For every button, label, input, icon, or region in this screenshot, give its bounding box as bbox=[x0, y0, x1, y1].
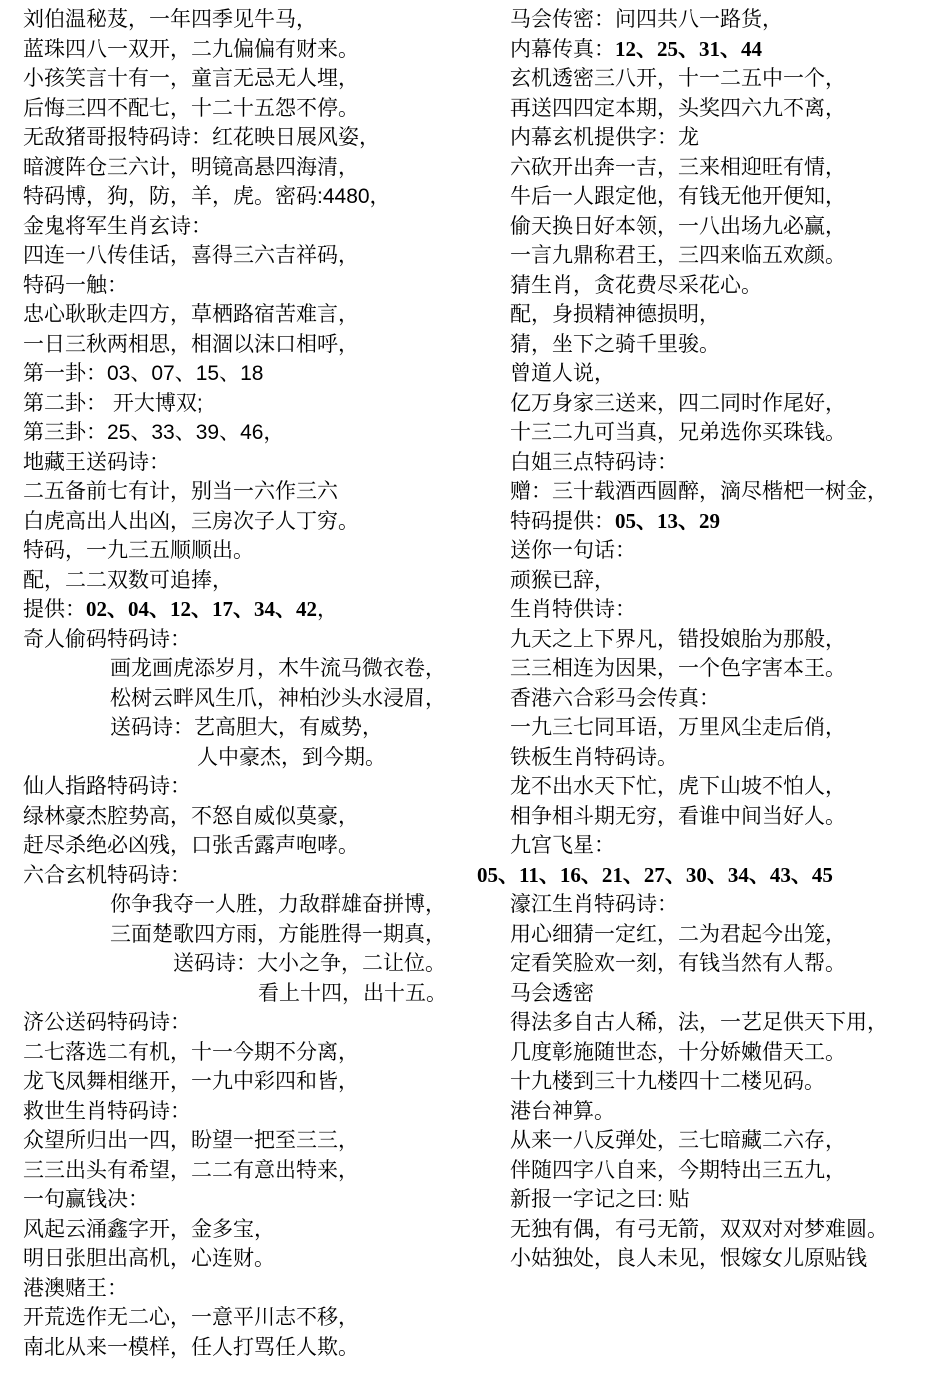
text-segment: 配，二二双数可追捧， bbox=[23, 569, 233, 592]
text-line: 三面楚歌四方雨，方能胜得一期真， bbox=[23, 920, 495, 950]
text-segment: 南北从来一模样，任人打骂任人欺。 bbox=[23, 1336, 359, 1359]
text-segment: 马会传密：问四共八一路货， bbox=[510, 8, 783, 31]
text-segment: 05、11、16、21、27、30、34、43、45 bbox=[477, 863, 833, 887]
text-line: 玄机透密三八开，十一二五中一个， bbox=[510, 64, 930, 94]
text-segment: 伴随四字八自来，今期特出三五九， bbox=[510, 1159, 846, 1182]
text-line: 新报一字记之曰: 贴 bbox=[510, 1185, 930, 1215]
text-segment: 玄机透密三八开，十一二五中一个， bbox=[510, 67, 846, 90]
text-line: 龙飞凤舞相继开，一九中彩四和皆， bbox=[23, 1067, 495, 1097]
text-line: 马会透密 bbox=[510, 979, 930, 1009]
text-line: 特码一触： bbox=[23, 271, 495, 301]
text-line: 画龙画虎添岁月，木牛流马微衣卷， bbox=[23, 654, 495, 684]
text-line: 配，身损精神德损明， bbox=[510, 300, 930, 330]
text-segment: 马会透密 bbox=[510, 982, 594, 1005]
text-line: 十三二九可当真，兄弟选你买珠钱。 bbox=[510, 418, 930, 448]
text-line: 配，二二双数可追捧， bbox=[23, 566, 495, 596]
text-line: 奇人偷码特码诗： bbox=[23, 625, 495, 655]
text-segment: 仙人指路特码诗： bbox=[23, 775, 191, 798]
text-line: 铁板生肖特码诗。 bbox=[510, 743, 930, 773]
text-segment: 人中豪杰，到今期。 bbox=[197, 746, 386, 769]
text-segment: ， bbox=[317, 598, 338, 621]
text-line: 顽猴已辞， bbox=[510, 566, 930, 596]
text-line: 内幕玄机提供字：龙 bbox=[510, 123, 930, 153]
text-segment: 三三出头有希望，二二有意出特来， bbox=[23, 1159, 359, 1182]
text-segment: 你争我夺一人胜，力敌群雄奋拼博， bbox=[110, 893, 446, 916]
text-line: 忠心耿耿走四方，草栖路宿苦难言， bbox=[23, 300, 495, 330]
text-segment: 特码一触： bbox=[23, 274, 128, 297]
text-segment: 从来一八反弹处，三七暗藏二六存， bbox=[510, 1129, 846, 1152]
text-segment: 画龙画虎添岁月，木牛流马微衣卷， bbox=[110, 657, 446, 680]
text-segment: 港澳赌王： bbox=[23, 1277, 128, 1300]
text-line: 一句赢钱决： bbox=[23, 1185, 495, 1215]
text-segment: 三三相连为因果，一个色字害本王。 bbox=[510, 657, 846, 680]
text-segment: 曾道人说， bbox=[510, 362, 615, 385]
text-line: 六砍开出奔一吉，三来相迎旺有情， bbox=[510, 153, 930, 183]
text-segment: 送你一句话： bbox=[510, 539, 636, 562]
text-segment: 内幕玄机提供字：龙 bbox=[510, 126, 699, 149]
text-segment: 龙飞凤舞相继开，一九中彩四和皆， bbox=[23, 1070, 359, 1093]
text-segment: 濠江生肖特码诗： bbox=[510, 893, 678, 916]
text-segment: 内幕传真： bbox=[510, 38, 615, 61]
text-line: 赠：三十载酒西圆醉，滴尽楷杷一树金， bbox=[510, 477, 930, 507]
text-segment: 白姐三点特码诗： bbox=[510, 451, 678, 474]
text-segment: 小孩笑言十有一，童言无忌无人埋， bbox=[23, 67, 359, 90]
text-line: 绿林豪杰腔势高，不怒自威似莫豪， bbox=[23, 802, 495, 832]
text-segment: 特码提供： bbox=[510, 510, 615, 533]
text-line: 港台神算。 bbox=[510, 1097, 930, 1127]
text-line: 一言九鼎称君王，三四来临五欢颜。 bbox=[510, 241, 930, 271]
text-line: 送你一句话： bbox=[510, 536, 930, 566]
text-segment: 新报一字记之曰: 贴 bbox=[510, 1188, 690, 1211]
text-line: 提供：02、04、12、17、34、42， bbox=[23, 595, 495, 625]
text-line: 刘伯温秘芨，一年四季见牛马， bbox=[23, 5, 495, 35]
text-line: 蓝珠四八一双开，二九偏偏有财来。 bbox=[23, 35, 495, 65]
text-line: 猜，坐下之骑千里骏。 bbox=[510, 330, 930, 360]
text-line: 南北从来一模样，任人打骂任人欺。 bbox=[23, 1333, 495, 1363]
text-line: 三三相连为因果，一个色字害本王。 bbox=[510, 654, 930, 684]
text-segment: 二五备前七有计，别当一六作三六 bbox=[23, 480, 338, 503]
text-segment: 众望所归出一四，盼望一把至三三， bbox=[23, 1129, 359, 1152]
text-segment: 送码诗：艺高胆大，有威势， bbox=[110, 716, 383, 739]
text-line: 再送四四定本期，头奖四六九不离， bbox=[510, 94, 930, 124]
text-line: 一日三秋两相思，相涸以沫口相呼， bbox=[23, 330, 495, 360]
text-segment: 配，身损精神德损明， bbox=[510, 303, 720, 326]
text-segment: 九天之上下界凡，错投娘胎为那般， bbox=[510, 628, 846, 651]
text-segment: 十九楼到三十九楼四十二楼见码。 bbox=[510, 1070, 825, 1093]
text-segment: 港台神算。 bbox=[510, 1100, 615, 1123]
text-segment: 送码诗：大小之争，二让位。 bbox=[173, 952, 446, 975]
text-segment: 无敌猪哥报特码诗：红花映日展风姿， bbox=[23, 126, 380, 149]
text-line: 白姐三点特码诗： bbox=[510, 448, 930, 478]
text-segment: 第一卦：03、07、15、18 bbox=[23, 362, 263, 385]
text-line: 香港六合彩马会传真： bbox=[510, 684, 930, 714]
text-segment: 一言九鼎称君王，三四来临五欢颜。 bbox=[510, 244, 846, 267]
text-segment: 刘伯温秘芨，一年四季见牛马， bbox=[23, 8, 317, 31]
text-line: 小姑独处，良人未见，恨嫁女儿原贴钱 bbox=[510, 1244, 930, 1274]
text-line: 二七落选二有机，十一今期不分离， bbox=[23, 1038, 495, 1068]
text-line: 特码博，狗，防，羊，虎。密码:4480， bbox=[23, 182, 495, 212]
text-line: 金鬼将军生肖玄诗： bbox=[23, 212, 495, 242]
text-segment: 白虎高出人出凶，三房次子人丁穷。 bbox=[23, 510, 359, 533]
text-segment: 一九三七同耳语，万里风尘走后俏， bbox=[510, 716, 846, 739]
text-line: 无独有偶，有弓无箭，双双对对梦难圆。 bbox=[510, 1215, 930, 1245]
text-segment: 暗渡阵仓三六计，明镜高悬四海清， bbox=[23, 156, 359, 179]
text-segment: 12、25、31、44 bbox=[615, 37, 762, 61]
text-line: 救世生肖特码诗： bbox=[23, 1097, 495, 1127]
text-line: 第二卦： 开大博双; bbox=[23, 389, 495, 419]
text-segment: 猜生肖，贪花费尽采花心。 bbox=[510, 274, 762, 297]
text-line: 仙人指路特码诗： bbox=[23, 772, 495, 802]
text-segment: 定看笑脸欢一刻，有钱当然有人帮。 bbox=[510, 952, 846, 975]
text-line: 送码诗：艺高胆大，有威势， bbox=[23, 713, 495, 743]
text-line: 九天之上下界凡，错投娘胎为那般， bbox=[510, 625, 930, 655]
text-line: 第一卦：03、07、15、18 bbox=[23, 359, 495, 389]
text-line: 亿万身家三送来，四二同时作尾好， bbox=[510, 389, 930, 419]
text-line: 相争相斗期无穷，看谁中间当好人。 bbox=[510, 802, 930, 832]
text-segment: 生肖特供诗： bbox=[510, 598, 636, 621]
text-line: 三三出头有希望，二二有意出特来， bbox=[23, 1156, 495, 1186]
right-column: 马会传密：问四共八一路货，内幕传真：12、25、31、44玄机透密三八开，十一二… bbox=[510, 5, 930, 1274]
text-segment: 猜，坐下之骑千里骏。 bbox=[510, 333, 720, 356]
text-segment: 三面楚歌四方雨，方能胜得一期真， bbox=[110, 923, 446, 946]
text-segment: 一句赢钱决： bbox=[23, 1188, 149, 1211]
text-segment: 05、13、29 bbox=[615, 509, 720, 533]
text-segment: 看上十四，出十五。 bbox=[258, 982, 447, 1005]
text-line: 开荒选作无二心，一意平川志不移， bbox=[23, 1303, 495, 1333]
text-segment: 相争相斗期无穷，看谁中间当好人。 bbox=[510, 805, 846, 828]
text-segment: 二七落选二有机，十一今期不分离， bbox=[23, 1041, 359, 1064]
text-segment: 一日三秋两相思，相涸以沫口相呼， bbox=[23, 333, 359, 356]
text-line: 特码，一九三五顺顺出。 bbox=[23, 536, 495, 566]
text-line: 曾道人说， bbox=[510, 359, 930, 389]
text-segment: 奇人偷码特码诗： bbox=[23, 628, 191, 651]
text-segment: 十三二九可当真，兄弟选你买珠钱。 bbox=[510, 421, 846, 444]
text-line: 济公送码特码诗： bbox=[23, 1008, 495, 1038]
text-line: 小孩笑言十有一，童言无忌无人埋， bbox=[23, 64, 495, 94]
text-line: 地藏王送码诗： bbox=[23, 448, 495, 478]
text-segment: 提供： bbox=[23, 598, 86, 621]
text-segment: 开荒选作无二心，一意平川志不移， bbox=[23, 1306, 359, 1329]
text-segment: 明日张胆出高机，心连财。 bbox=[23, 1247, 275, 1270]
text-segment: 龙不出水天下忙，虎下山坡不怕人， bbox=[510, 775, 846, 798]
text-segment: 再送四四定本期，头奖四六九不离， bbox=[510, 97, 846, 120]
text-segment: 赶尽杀绝必凶残，口张舌露声咆哮。 bbox=[23, 834, 359, 857]
text-line: 风起云涌鑫字开，金多宝， bbox=[23, 1215, 495, 1245]
text-line: 偷天换日好本领，一八出场九必赢， bbox=[510, 212, 930, 242]
text-segment: 风起云涌鑫字开，金多宝， bbox=[23, 1218, 275, 1241]
text-line: 几度彰施随世态，十分娇嫩借天工。 bbox=[510, 1038, 930, 1068]
text-line: 第三卦：25、33、39、46， bbox=[23, 418, 495, 448]
text-segment: 四连一八传佳话，喜得三六吉祥码， bbox=[23, 244, 359, 267]
text-line: 得法多自古人稀，法，一艺足供天下用， bbox=[510, 1008, 930, 1038]
text-line: 送码诗：大小之争，二让位。 bbox=[23, 949, 495, 979]
text-line: 05、11、16、21、27、30、34、43、45 bbox=[477, 861, 930, 891]
text-segment: 六砍开出奔一吉，三来相迎旺有情， bbox=[510, 156, 846, 179]
text-line: 定看笑脸欢一刻，有钱当然有人帮。 bbox=[510, 949, 930, 979]
text-segment: 第三卦：25、33、39、46， bbox=[23, 421, 284, 444]
text-line: 港澳赌王： bbox=[23, 1274, 495, 1304]
text-line: 马会传密：问四共八一路货， bbox=[510, 5, 930, 35]
text-segment: 忠心耿耿走四方，草栖路宿苦难言， bbox=[23, 303, 359, 326]
text-segment: 特码，一九三五顺顺出。 bbox=[23, 539, 254, 562]
text-line: 明日张胆出高机，心连财。 bbox=[23, 1244, 495, 1274]
text-line: 特码提供：05、13、29 bbox=[510, 507, 930, 537]
text-line: 你争我夺一人胜，力敌群雄奋拼博， bbox=[23, 890, 495, 920]
text-segment: 偷天换日好本领，一八出场九必赢， bbox=[510, 215, 846, 238]
text-line: 二五备前七有计，别当一六作三六 bbox=[23, 477, 495, 507]
text-segment: 六合玄机特码诗： bbox=[23, 864, 191, 887]
text-segment: 顽猴已辞， bbox=[510, 569, 615, 592]
text-segment: 金鬼将军生肖玄诗： bbox=[23, 215, 212, 238]
text-segment: 用心细猜一定红，二为君起今出笼， bbox=[510, 923, 846, 946]
left-column: 刘伯温秘芨，一年四季见牛马，蓝珠四八一双开，二九偏偏有财来。小孩笑言十有一，童言… bbox=[23, 5, 495, 1362]
text-line: 众望所归出一四，盼望一把至三三， bbox=[23, 1126, 495, 1156]
text-segment: 香港六合彩马会传真： bbox=[510, 687, 720, 710]
text-segment: 特码博，狗，防，羊，虎。密码:4480， bbox=[23, 185, 391, 208]
text-line: 看上十四，出十五。 bbox=[23, 979, 495, 1009]
text-line: 四连一八传佳话，喜得三六吉祥码， bbox=[23, 241, 495, 271]
text-line: 九宫飞星： bbox=[510, 831, 930, 861]
text-line: 后悔三四不配七，十二十五怨不停。 bbox=[23, 94, 495, 124]
text-line: 无敌猪哥报特码诗：红花映日展风姿， bbox=[23, 123, 495, 153]
text-segment: 02、04、12、17、34、42 bbox=[86, 597, 317, 621]
text-segment: 松树云畔风生爪，神柏沙头水浸眉， bbox=[110, 687, 446, 710]
text-line: 生肖特供诗： bbox=[510, 595, 930, 625]
text-line: 内幕传真：12、25、31、44 bbox=[510, 35, 930, 65]
text-line: 龙不出水天下忙，虎下山坡不怕人， bbox=[510, 772, 930, 802]
text-line: 猜生肖，贪花费尽采花心。 bbox=[510, 271, 930, 301]
text-segment: 无独有偶，有弓无箭，双双对对梦难圆。 bbox=[510, 1218, 888, 1241]
tip-sheet-page: 刘伯温秘芨，一年四季见牛马，蓝珠四八一双开，二九偏偏有财来。小孩笑言十有一，童言… bbox=[0, 0, 935, 1388]
text-line: 濠江生肖特码诗： bbox=[510, 890, 930, 920]
text-segment: 铁板生肖特码诗。 bbox=[510, 746, 678, 769]
text-line: 六合玄机特码诗： bbox=[23, 861, 495, 891]
text-segment: 小姑独处，良人未见，恨嫁女儿原贴钱 bbox=[510, 1247, 867, 1270]
text-segment: 赠：三十载酒西圆醉，滴尽楷杷一树金， bbox=[510, 480, 888, 503]
text-segment: 牛后一人跟定他，有钱无他开便知， bbox=[510, 185, 846, 208]
text-line: 从来一八反弹处，三七暗藏二六存， bbox=[510, 1126, 930, 1156]
text-segment: 济公送码特码诗： bbox=[23, 1011, 191, 1034]
text-line: 人中豪杰，到今期。 bbox=[23, 743, 495, 773]
text-line: 赶尽杀绝必凶残，口张舌露声咆哮。 bbox=[23, 831, 495, 861]
text-segment: 第二卦： 开大博双; bbox=[23, 392, 203, 415]
text-segment: 地藏王送码诗： bbox=[23, 451, 170, 474]
text-segment: 救世生肖特码诗： bbox=[23, 1100, 191, 1123]
text-line: 十九楼到三十九楼四十二楼见码。 bbox=[510, 1067, 930, 1097]
text-segment: 蓝珠四八一双开，二九偏偏有财来。 bbox=[23, 38, 359, 61]
text-line: 暗渡阵仓三六计，明镜高悬四海清， bbox=[23, 153, 495, 183]
text-line: 白虎高出人出凶，三房次子人丁穷。 bbox=[23, 507, 495, 537]
text-line: 松树云畔风生爪，神柏沙头水浸眉， bbox=[23, 684, 495, 714]
text-segment: 几度彰施随世态，十分娇嫩借天工。 bbox=[510, 1041, 846, 1064]
text-segment: 后悔三四不配七，十二十五怨不停。 bbox=[23, 97, 359, 120]
text-line: 牛后一人跟定他，有钱无他开便知， bbox=[510, 182, 930, 212]
text-line: 用心细猜一定红，二为君起今出笼， bbox=[510, 920, 930, 950]
text-segment: 九宫飞星： bbox=[510, 834, 615, 857]
text-line: 伴随四字八自来，今期特出三五九， bbox=[510, 1156, 930, 1186]
text-segment: 亿万身家三送来，四二同时作尾好， bbox=[510, 392, 846, 415]
text-segment: 绿林豪杰腔势高，不怒自威似莫豪， bbox=[23, 805, 359, 828]
text-segment: 得法多自古人稀，法，一艺足供天下用， bbox=[510, 1011, 888, 1034]
text-line: 一九三七同耳语，万里风尘走后俏， bbox=[510, 713, 930, 743]
